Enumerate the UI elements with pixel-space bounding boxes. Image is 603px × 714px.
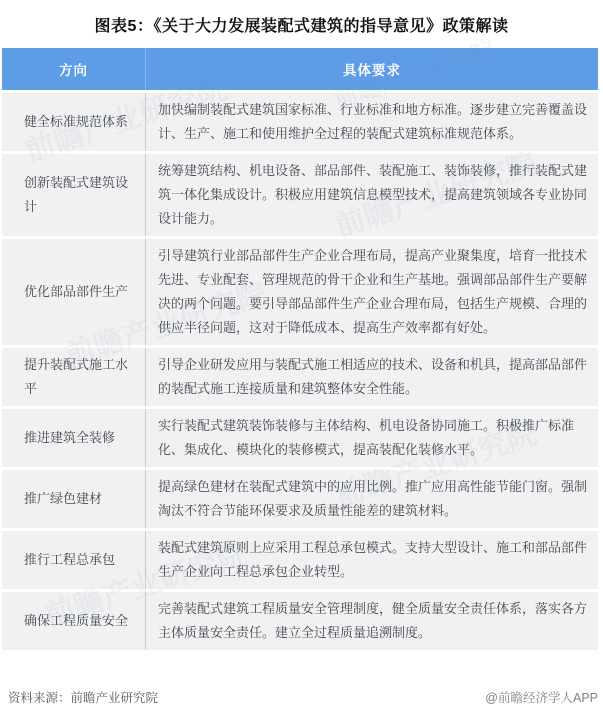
figure-footer: 资料来源：前瞻产业研究院 @前瞻经济学人APP <box>8 688 598 706</box>
table-row: 推广绿色建材 提高绿色建材在装配式建筑中的应用比例。推广应用高性能节能门窗。强制… <box>2 470 598 528</box>
requirement-cell: 装配式建筑原则上应采用工程总承包模式。支持大型设计、施工和部品部件生产企业向工程… <box>146 531 598 589</box>
column-header-requirement: 具体要求 <box>146 48 598 90</box>
direction-cell: 健全标准规范体系 <box>2 93 146 151</box>
requirement-cell: 引导建筑行业部品部件生产企业合理布局，提高产业聚集度，培育一批技术先进、专业配套… <box>146 239 598 345</box>
requirement-cell: 提高绿色建材在装配式建筑中的应用比例。推广应用高性能节能门窗。强制淘汰不符合节能… <box>146 470 598 528</box>
direction-cell: 创新装配式建筑设计 <box>2 154 146 236</box>
direction-cell: 推行工程总承包 <box>2 531 146 589</box>
requirement-cell: 引导企业研发应用与装配式施工相适应的技术、设备和机具，提高部品部件的装配式施工连… <box>146 348 598 406</box>
figure-title: 图表5：《关于大力发展装配式建筑的指导意见》政策解读 <box>0 0 603 36</box>
table-row: 健全标准规范体系 加快编制装配式建筑国家标准、行业标准和地方标准。逐步建立完善覆… <box>2 93 598 151</box>
direction-cell: 优化部品部件生产 <box>2 239 146 345</box>
brand-label: @前瞻经济学人APP <box>485 688 598 706</box>
figure-page: 图表5：《关于大力发展装配式建筑的指导意见》政策解读 前瞻产业研究院 前瞻产业研… <box>0 0 603 714</box>
direction-cell: 确保工程质量安全 <box>2 592 146 650</box>
table-row: 确保工程质量安全 完善装配式建筑工程质量安全管理制度，健全质量安全责任体系，落实… <box>2 592 598 650</box>
column-header-direction: 方向 <box>2 48 146 90</box>
requirement-cell: 加快编制装配式建筑国家标准、行业标准和地方标准。逐步建立完善覆盖设计、生产、施工… <box>146 93 598 151</box>
direction-cell: 推广绿色建材 <box>2 470 146 528</box>
direction-cell: 提升装配式施工水平 <box>2 348 146 406</box>
policy-table: 方向 具体要求 健全标准规范体系 加快编制装配式建筑国家标准、行业标准和地方标准… <box>2 45 598 653</box>
requirement-cell: 统筹建筑结构、机电设备、部品部件、装配施工、装饰装修，推行装配式建筑一体化集成设… <box>146 154 598 236</box>
table-row: 推行工程总承包 装配式建筑原则上应采用工程总承包模式。支持大型设计、施工和部品部… <box>2 531 598 589</box>
table-row: 创新装配式建筑设计 统筹建筑结构、机电设备、部品部件、装配施工、装饰装修，推行装… <box>2 154 598 236</box>
table-header-row: 方向 具体要求 <box>2 48 598 90</box>
table-row: 推进建筑全装修 实行装配式建筑装饰装修与主体结构、机电设备协同施工。积极推广标准… <box>2 409 598 467</box>
table-row: 优化部品部件生产 引导建筑行业部品部件生产企业合理布局，提高产业聚集度，培育一批… <box>2 239 598 345</box>
source-label: 资料来源：前瞻产业研究院 <box>8 688 158 706</box>
direction-cell: 推进建筑全装修 <box>2 409 146 467</box>
requirement-cell: 实行装配式建筑装饰装修与主体结构、机电设备协同施工。积极推广标准化、集成化、模块… <box>146 409 598 467</box>
table-row: 提升装配式施工水平 引导企业研发应用与装配式施工相适应的技术、设备和机具，提高部… <box>2 348 598 406</box>
requirement-cell: 完善装配式建筑工程质量安全管理制度，健全质量安全责任体系，落实各方主体质量安全责… <box>146 592 598 650</box>
